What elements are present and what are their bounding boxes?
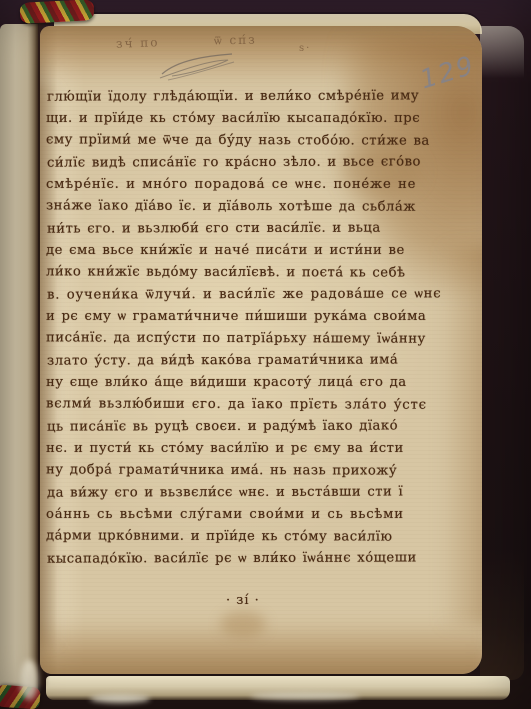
manuscript-line: глю́щїи їдолу глѣда́ющїи. и вели́ко смѣр… [47,85,432,108]
top-endband [20,0,95,24]
manuscript-line: нє. и пусти́ кь сто́му васи́лїю и рє єму… [46,438,432,460]
manuscript-line: ну єще вли́ко а́ще ви́диши красоту́ лица… [46,372,432,394]
manuscript-line: си́лїє видѣ списа́нїє го кра́сно зѣло. и… [47,151,432,174]
manuscript-line: ну добра́ грамати́чника има́. нь назь пр… [46,459,432,482]
manuscript-line: кысападо́кїю. васи́лїє рє ѡ вли́ко їѡа́н… [47,547,432,570]
manuscript-line: да ви́жу єго и вьзвєли́сє ѡнє. и вьста́в… [47,481,432,504]
manuscript-line: злато у́сту. да ви́дѣ како́ва грамати́чн… [47,349,432,372]
manuscript-line: єму прїими́ ме ѿче да бу́ду назь стобо́ю… [46,129,432,152]
manuscript-line: писа́нїє. да испу́сти по патрїа́рьху на́… [46,327,432,350]
manuscript-line: да́рми црко́вними. и прїи́де кь сто́му в… [46,525,432,548]
manuscript-line: щи. и прїи́де кь сто́му васи́лїю кысапад… [46,108,432,130]
manuscript-line: зна́же їако дїа́во їє. и дїа́воль хотѣше… [46,195,432,218]
manuscript-line: ни́ть єго. и вьзлюби́ єго сти васи́лїє. … [47,217,432,240]
manuscript-text-block: глю́щїи їдолу глѣда́ющїи. и вели́ко смѣр… [46,86,432,570]
photo-frame: зч́ по ѿ сп́з ѕ· глю́щїи їдолу глѣда́ющї… [0,0,531,709]
header-annotation-center: ѿ сп́з [214,33,257,49]
paper-fiber [250,692,360,700]
header-annotation-right: ѕ· [299,43,311,54]
paper-fiber [90,694,150,703]
manuscript-line: в. оучени́ка ѿлучи́. и васи́лїє же радов… [47,283,432,306]
manuscript-line: смѣре́нїє. и мно́го порадова́ се ѡнє. по… [46,174,432,196]
manuscript-line: ць писа́нїє вь руцѣ своєи. и раду́мѣ їак… [47,415,432,438]
manuscript-line: ли́ко кни́жїє вьдо́му васи́лїєвѣ. и поєт… [46,261,432,284]
manuscript-line: и рє єму ѡ грамати́чниче пи́шиши рука́ма… [46,306,432,328]
manuscript-line: вєлми́ вьзлю́биши єго. да їако прїєть зл… [46,393,432,416]
manuscript-line: де єма вьсе кни́жїє и наче́ писа́ти и ис… [46,240,432,262]
pencil-scribble [158,50,238,82]
page-stack-right-edge [480,26,524,680]
header-annotation-left: зч́ по [116,35,160,51]
quire-signature: · зі́ · [226,593,260,608]
manuscript-line: оа́ннь сь вьсѣми слу́гами свои́ми и сь в… [46,504,432,526]
paper-fiber [20,660,38,700]
